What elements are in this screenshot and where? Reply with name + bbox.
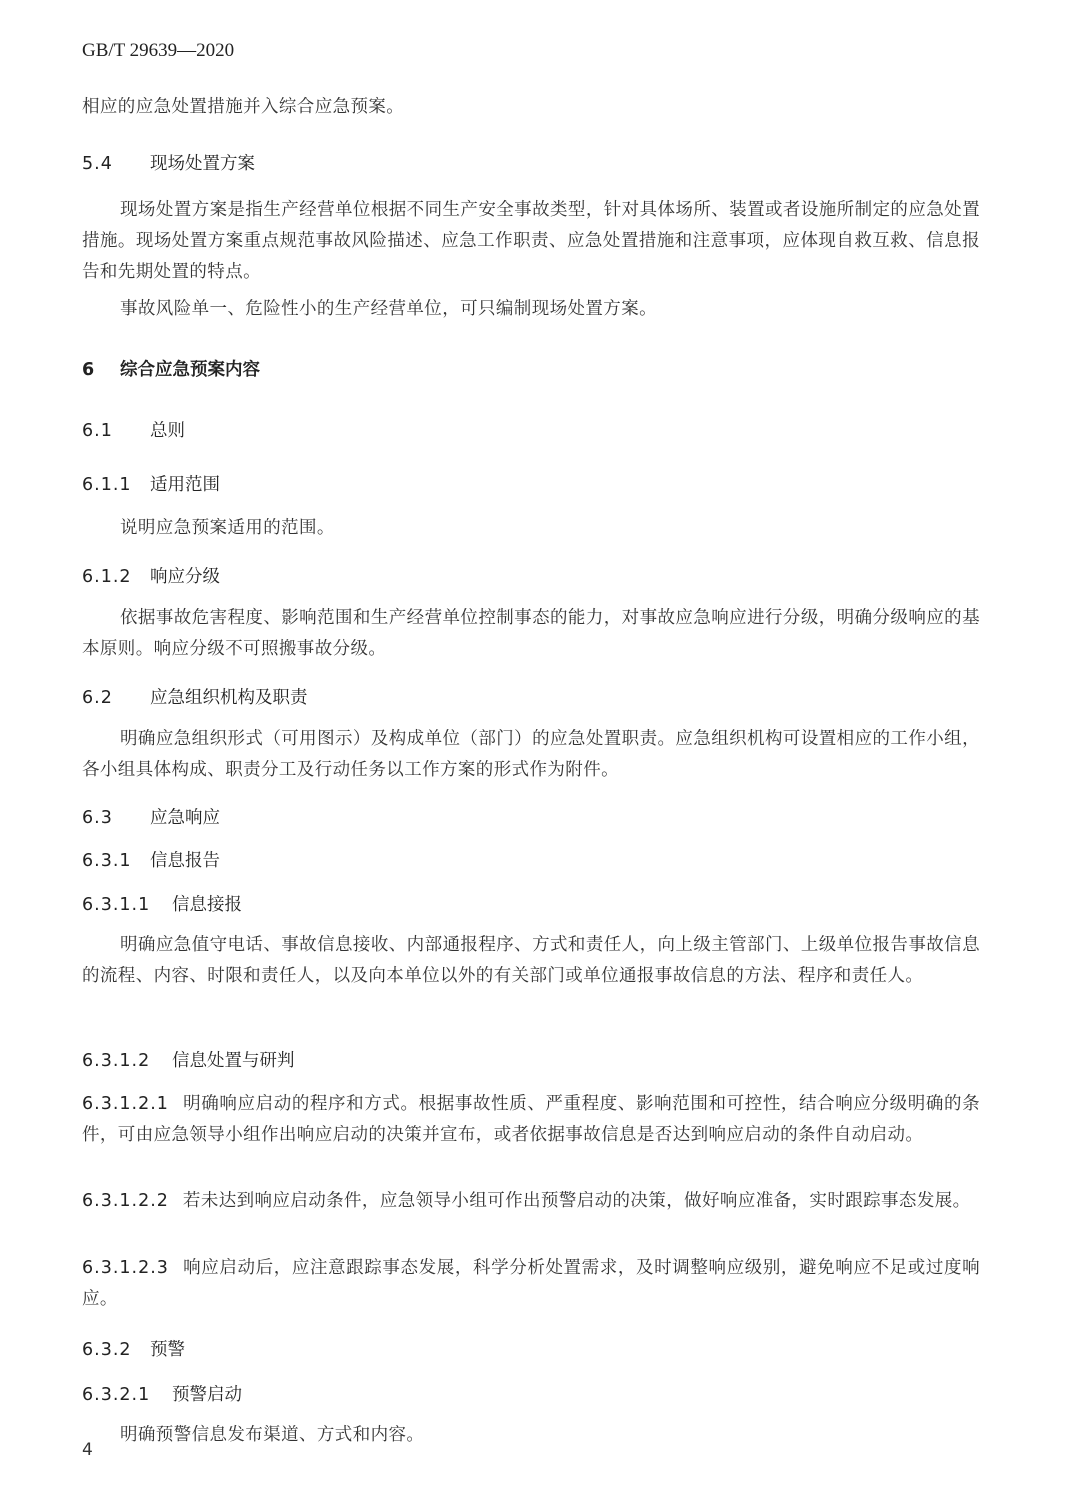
section-heading-6-3: 6.3应急响应 [82,804,220,829]
section-title: 预警 [150,1340,185,1360]
paragraph-6-3-2-1: 明确预警信息发布渠道、方式和内容。 [82,1420,980,1451]
section-heading-6-3-1-1: 6.3.1.1信息接报 [82,891,242,916]
section-number: 6.2 [82,688,132,708]
section-number: 6.1.2 [82,567,132,587]
section-number: 6.3.1 [82,851,132,871]
section-heading-6-1-2: 6.1.2响应分级 [82,563,220,588]
clause-text: 明确响应启动的程序和方式。根据事故性质、严重程度、影响范围和可控性，结合响应分级… [82,1094,980,1145]
paragraph-6-1-2: 依据事故危害程度、影响范围和生产经营单位控制事态的能力，对事故应急响应进行分级，… [82,603,980,665]
section-heading-6-3-1: 6.3.1信息报告 [82,847,220,872]
section-number: 6.3.1.2 [82,1051,154,1071]
section-title: 现场处置方案 [150,154,255,174]
clause-number: 6.3.1.2.3 [82,1258,169,1278]
clause-6-3-1-2-1: 6.3.1.2.1明确响应启动的程序和方式。根据事故性质、严重程度、影响范围和可… [82,1089,980,1151]
section-title: 信息处置与研判 [172,1051,295,1071]
section-number: 6.3.2.1 [82,1385,154,1405]
section-heading-6: 6综合应急预案内容 [82,356,260,381]
section-number: 5.4 [82,154,132,174]
section-title: 应急响应 [150,808,220,828]
section-heading-6-3-2: 6.3.2预警 [82,1336,185,1361]
section-title: 适用范围 [150,475,220,495]
section-heading-6-3-2-1: 6.3.2.1预警启动 [82,1381,242,1406]
paragraph-6-3-1-1: 明确应急值守电话、事故信息接收、内部通报程序、方式和责任人，向上级主管部门、上级… [82,930,980,992]
paragraph-5-4-1: 现场处置方案是指生产经营单位根据不同生产安全事故类型，针对具体场所、装置或者设施… [82,195,980,288]
section-title: 信息接报 [172,895,242,915]
section-number: 6.3.2 [82,1340,132,1360]
page-number: 4 [82,1440,93,1460]
section-number: 6.3.1.1 [82,895,154,915]
section-number: 6.1 [82,421,132,441]
paragraph-carry-over: 相应的应急处置措施并入综合应急预案。 [82,92,980,123]
section-heading-6-1-1: 6.1.1适用范围 [82,471,220,496]
section-heading-5-4: 5.4现场处置方案 [82,150,255,175]
paragraph-5-4-2: 事故风险单一、危险性小的生产经营单位，可只编制现场处置方案。 [82,294,980,325]
section-title: 应急组织机构及职责 [150,688,308,708]
section-heading-6-1: 6.1总则 [82,417,185,442]
section-title: 预警启动 [172,1385,242,1405]
section-heading-6-2: 6.2应急组织机构及职责 [82,684,308,709]
clause-number: 6.3.1.2.2 [82,1191,169,1211]
section-number: 6 [82,360,102,380]
paragraph-6-2: 明确应急组织形式（可用图示）及构成单位（部门）的应急处置职责。应急组织机构可设置… [82,724,980,786]
clause-6-3-1-2-3: 6.3.1.2.3响应启动后，应注意跟踪事态发展，科学分析处置需求，及时调整响应… [82,1253,980,1315]
clause-6-3-1-2-2: 6.3.1.2.2若未达到响应启动条件，应急领导小组可作出预警启动的决策，做好响… [82,1186,980,1217]
section-number: 6.3 [82,808,132,828]
section-heading-6-3-1-2: 6.3.1.2信息处置与研判 [82,1047,295,1072]
section-title: 信息报告 [150,851,220,871]
paragraph-6-1-1: 说明应急预案适用的范围。 [82,513,980,544]
clause-text: 响应启动后，应注意跟踪事态发展，科学分析处置需求，及时调整响应级别，避免响应不足… [82,1258,980,1309]
standard-number: GB/T 29639—2020 [82,40,234,62]
clause-text: 若未达到响应启动条件，应急领导小组可作出预警启动的决策，做好响应准备，实时跟踪事… [183,1191,971,1211]
clause-number: 6.3.1.2.1 [82,1094,169,1114]
section-title: 响应分级 [150,567,220,587]
section-title: 综合应急预案内容 [120,360,260,380]
section-number: 6.1.1 [82,475,132,495]
section-title: 总则 [150,421,185,441]
